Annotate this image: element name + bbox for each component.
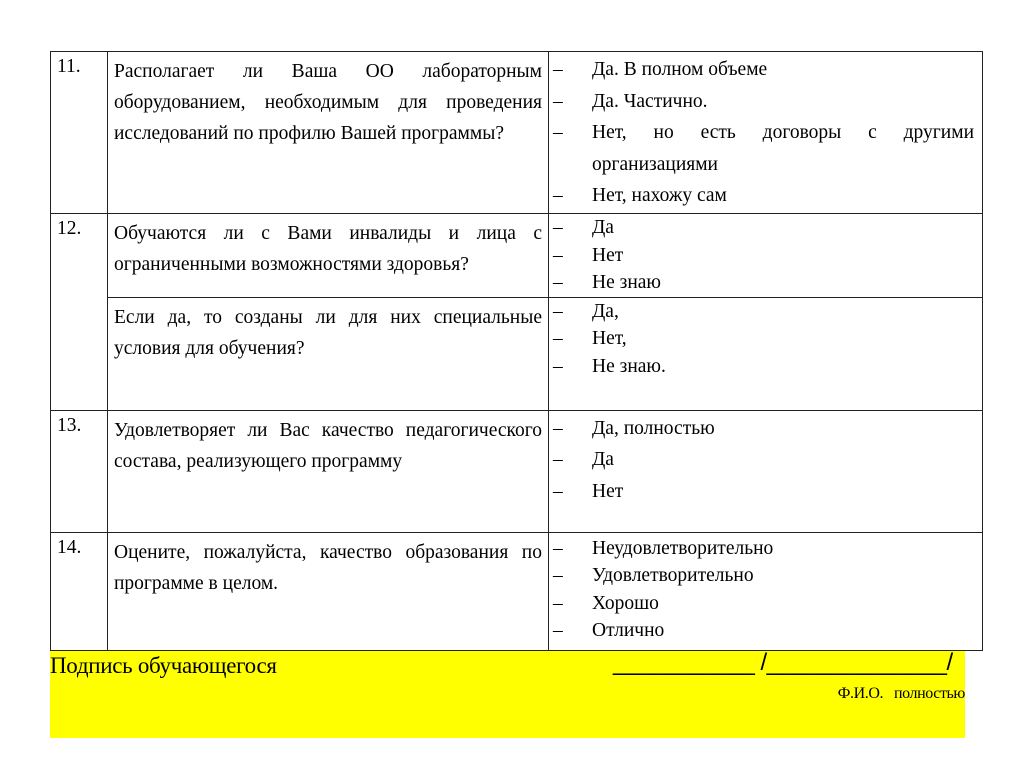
- signature-section: Подпись обучающегося ___________ /______…: [50, 651, 965, 738]
- answer-label: Да. Частично.: [592, 91, 708, 112]
- followup-question-text: Если да, то созданы ли для них специальн…: [108, 297, 549, 410]
- answer-label: Не знаю.: [592, 356, 666, 377]
- question-text-content: Обучаются ли с Вами инвалиды и лица с ог…: [114, 218, 542, 280]
- question-row-14: 14. Оцените, пожалуйста, качество образо…: [51, 532, 983, 650]
- dash-bullet-icon: –: [553, 214, 573, 242]
- answer-label: Да: [592, 449, 614, 470]
- answer-label: Нет,: [592, 328, 627, 349]
- fio-caption: Ф.И.О. полностью: [838, 685, 965, 703]
- answer-label: Да. В полном объеме: [592, 59, 767, 80]
- question-row-12: 12. Обучаются ли с Вами инвалиды и лица …: [51, 214, 983, 298]
- answer-options: –Да. В полном объеме –Да. Частично. –Нет…: [549, 52, 983, 214]
- question-text: Обучаются ли с Вами инвалиды и лица с ог…: [108, 214, 549, 298]
- question-text: Оцените, пожалуйста, качество образовани…: [108, 532, 549, 650]
- question-number: 12.: [51, 214, 108, 411]
- signature-label: Подпись обучающегося: [50, 653, 277, 679]
- survey-table: 11. Располагает ли Ваша ОО лабораторным …: [50, 51, 983, 651]
- answer-label: Да, полностью: [592, 418, 715, 439]
- question-number: 14.: [51, 532, 108, 650]
- answer-label: Удовлетворительно: [592, 565, 754, 586]
- dash-bullet-icon: –: [553, 242, 573, 270]
- answer-label: Да,: [592, 301, 619, 322]
- question-number: 13.: [51, 410, 108, 532]
- dash-bullet-icon: –: [553, 617, 573, 645]
- question-row-12-followup: Если да, то созданы ли для них специальн…: [51, 297, 983, 410]
- answer-label: Да: [592, 217, 614, 238]
- answer-option[interactable]: –Да. Частично.: [553, 86, 974, 118]
- question-text-content: Располагает ли Ваша ОО лабораторным обор…: [114, 56, 542, 149]
- dash-bullet-icon: –: [553, 476, 573, 508]
- answer-option[interactable]: –Нет, нахожу сам: [553, 180, 974, 212]
- answer-options: –Да, –Нет, –Не знаю.: [549, 297, 983, 410]
- question-row-11: 11. Располагает ли Ваша ОО лабораторным …: [51, 52, 983, 214]
- slide: 11. Располагает ли Ваша ОО лабораторным …: [0, 0, 1024, 767]
- question-number: 11.: [51, 52, 108, 214]
- answer-option[interactable]: –Да, полностью: [553, 413, 974, 445]
- dash-bullet-icon: –: [553, 562, 573, 590]
- answer-label: Нет: [592, 245, 623, 266]
- answer-list: –Да, полностью –Да –Нет: [553, 413, 974, 508]
- dash-bullet-icon: –: [553, 444, 573, 476]
- dash-bullet-icon: –: [553, 535, 573, 563]
- answer-label: Не знаю: [592, 272, 661, 293]
- dash-bullet-icon: –: [553, 590, 573, 618]
- dash-bullet-icon: –: [553, 180, 573, 212]
- answer-option[interactable]: –Да. В полном объеме: [553, 54, 974, 86]
- answer-option[interactable]: –Нет: [553, 476, 974, 508]
- answer-option[interactable]: –Да,: [553, 298, 974, 326]
- question-text: Удовлетворяет ли Вас качество педагогиче…: [108, 410, 549, 532]
- dash-bullet-icon: –: [553, 298, 573, 326]
- answer-option[interactable]: –Удовлетворительно: [553, 562, 974, 590]
- answer-list: –Неудовлетворительно –Удовлетворительно …: [553, 535, 974, 645]
- answer-label: Хорошо: [592, 593, 659, 614]
- answer-label: Нет, нахожу сам: [592, 185, 727, 206]
- question-text-content: Оцените, пожалуйста, качество образовани…: [114, 537, 542, 599]
- dash-bullet-icon: –: [553, 86, 573, 118]
- signature-field[interactable]: ___________ /______________/: [613, 649, 953, 677]
- answer-option[interactable]: –Нет,: [553, 325, 974, 353]
- answer-label: Отлично: [592, 620, 664, 641]
- question-text: Располагает ли Ваша ОО лабораторным обор…: [108, 52, 549, 214]
- answer-option[interactable]: –Неудовлетворительно: [553, 535, 974, 563]
- dash-bullet-icon: –: [553, 353, 573, 381]
- answer-option[interactable]: –Да: [553, 214, 974, 242]
- question-text-content: Если да, то созданы ли для них специальн…: [114, 302, 542, 364]
- dash-bullet-icon: –: [553, 325, 573, 353]
- answer-option[interactable]: –Да: [553, 444, 974, 476]
- answer-list: –Да, –Нет, –Не знаю.: [553, 298, 974, 381]
- dash-bullet-icon: –: [553, 413, 573, 445]
- answer-options: –Да, полностью –Да –Нет: [549, 410, 983, 532]
- answer-label: Нет, но есть договоры с другими организа…: [592, 122, 974, 175]
- dash-bullet-icon: –: [553, 117, 573, 149]
- answer-options: –Неудовлетворительно –Удовлетворительно …: [549, 532, 983, 650]
- answer-option[interactable]: –Не знаю.: [553, 353, 974, 381]
- dash-bullet-icon: –: [553, 54, 573, 86]
- answer-option[interactable]: –Хорошо: [553, 590, 974, 618]
- answer-option[interactable]: –Нет, но есть договоры с другими организ…: [553, 117, 974, 180]
- question-row-13: 13. Удовлетворяет ли Вас качество педаго…: [51, 410, 983, 532]
- answer-label: Нет: [592, 481, 623, 502]
- answer-option[interactable]: –Отлично: [553, 617, 974, 645]
- dash-bullet-icon: –: [553, 269, 573, 297]
- answer-option[interactable]: –Нет: [553, 242, 974, 270]
- question-text-content: Удовлетворяет ли Вас качество педагогиче…: [114, 415, 542, 477]
- answer-options: –Да –Нет –Не знаю: [549, 214, 983, 298]
- answer-label: Неудовлетворительно: [592, 538, 773, 559]
- answer-option[interactable]: –Не знаю: [553, 269, 974, 297]
- answer-list: –Да. В полном объеме –Да. Частично. –Нет…: [553, 54, 974, 212]
- answer-list: –Да –Нет –Не знаю: [553, 214, 974, 297]
